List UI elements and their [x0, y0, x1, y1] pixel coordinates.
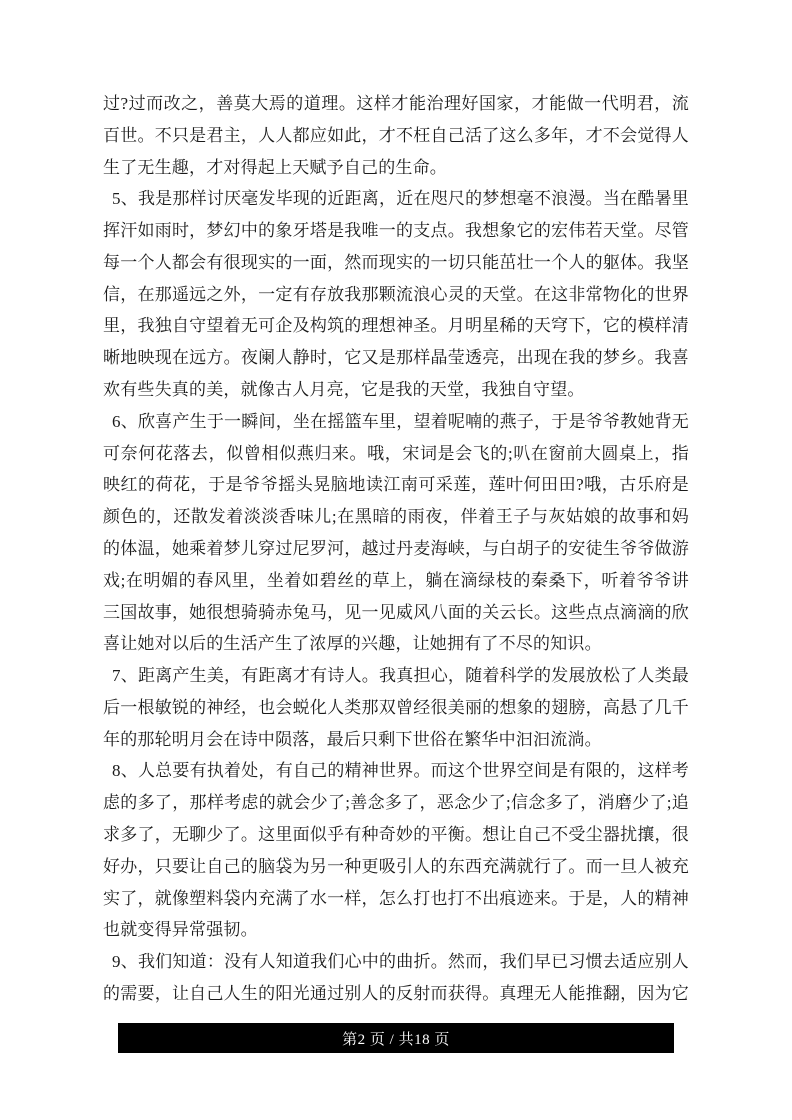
text-line: 颜色的，还散发着淡淡香味儿;在黑暗的雨夜，伴着王子与灰姑娘的故事和妈妈 — [103, 501, 689, 533]
paragraph: 9、我们知道：没有人知道我们心中的曲折。然而，我们早已习惯去适应别人的需要，让自… — [103, 946, 689, 1010]
text-line: 生了无生趣，才对得起上天赋予自己的生命。 — [103, 152, 689, 184]
text-line: 过?过而改之，善莫大焉的道理。这样才能治理好国家，才能做一代明君，流芳 — [103, 88, 689, 120]
text-line: 6、欣喜产生于一瞬间，坐在摇篮车里，望着呢喃的燕子，于是爷爷教她背无 — [103, 406, 689, 438]
text-line: 晰地映现在远方。夜阑人静时，它又是那样晶莹透亮，出现在我的梦乡。我喜 — [103, 342, 689, 374]
text-line: 可奈何花落去，似曾相似燕归来。哦，宋词是会飞的;叭在窗前大圆桌上，指着 — [103, 438, 689, 470]
footer-page-indicator: 第2 页 / 共18 页 — [342, 1028, 450, 1049]
text-line: 8、人总要有执着处，有自己的精神世界。而这个世界空间是有限的，这样考 — [103, 755, 689, 787]
text-line: 也就变得异常强韧。 — [103, 914, 689, 946]
document-text: 过?过而改之，善莫大焉的道理。这样才能治理好国家，才能做一代明君，流芳百世。不只… — [103, 88, 689, 1010]
text-line: 好办，只要让自己的脑袋为另一种更吸引人的东西充满就行了。而一旦人被充 — [103, 851, 689, 883]
text-line: 实了，就像塑料袋内充满了水一样，怎么打也打不出痕迹来。于是，人的精神 — [103, 883, 689, 915]
text-line: 里，我独自守望着无可企及构筑的理想神圣。月明星稀的天穹下，它的模样清 — [103, 310, 689, 342]
text-line: 年的那轮明月会在诗中陨落，最后只剩下世俗在繁华中汩汩流淌。 — [103, 724, 689, 756]
paragraph: 6、欣喜产生于一瞬间，坐在摇篮车里，望着呢喃的燕子，于是爷爷教她背无可奈何花落去… — [103, 406, 689, 660]
text-line: 信，在那遥远之外，一定有存放我那颗流浪心灵的天堂。在这非常物化的世界 — [103, 279, 689, 311]
text-line: 后一根敏锐的神经，也会蜕化人类那双曾经很美丽的想象的翅膀，高悬了几千 — [103, 692, 689, 724]
text-line: 挥汗如雨时，梦幻中的象牙塔是我唯一的支点。我想象它的宏伟若天堂。尽管 — [103, 215, 689, 247]
document-page: 过?过而改之，善莫大焉的道理。这样才能治理好国家，才能做一代明君，流芳百世。不只… — [0, 0, 792, 1120]
text-line: 每一个人都会有很现实的一面，然而现实的一切只能茁壮一个人的躯体。我坚 — [103, 247, 689, 279]
footer-bar: 第2 页 / 共18 页 — [118, 1023, 674, 1053]
text-line: 求多了，无聊少了。这里面似乎有种奇妙的平衡。想让自己不受尘器扰攘，很 — [103, 819, 689, 851]
text-line: 戏;在明媚的春风里，坐着如碧丝的草上，躺在滴绿枝的秦桑下，听着爷爷讲的 — [103, 565, 689, 597]
text-line: 5、我是那样讨厌毫发毕现的近距离，近在咫尺的梦想毫不浪漫。当在酷暑里 — [103, 183, 689, 215]
text-line: 映红的荷花，于是爷爷摇头晃脑地读江南可采莲，莲叶何田田?哦，古乐府是有 — [103, 469, 689, 501]
text-line: 三国故事，她很想骑骑赤兔马，见一见威风八面的关云长。这些点点滴滴的欣 — [103, 597, 689, 629]
text-line: 百世。不只是君主，人人都应如此，才不枉自己活了这么多年，才不会觉得人 — [103, 120, 689, 152]
text-line: 喜让她对以后的生活产生了浓厚的兴趣，让她拥有了不尽的知识。 — [103, 628, 689, 660]
text-line: 欢有些失真的美，就像古人月亮，它是我的天堂，我独自守望。 — [103, 374, 689, 406]
text-line: 的需要，让自己人生的阳光通过别人的反射而获得。真理无人能推翻，因为它 — [103, 978, 689, 1010]
text-line: 7、距离产生美，有距离才有诗人。我真担心，随着科学的发展放松了人类最 — [103, 660, 689, 692]
paragraph: 5、我是那样讨厌毫发毕现的近距离，近在咫尺的梦想毫不浪漫。当在酷暑里挥汗如雨时，… — [103, 183, 689, 405]
paragraph: 8、人总要有执着处，有自己的精神世界。而这个世界空间是有限的，这样考虑的多了，那… — [103, 755, 689, 946]
text-line: 虑的多了，那样考虑的就会少了;善念多了，恶念少了;信念多了，消磨少了;追 — [103, 787, 689, 819]
paragraph: 7、距离产生美，有距离才有诗人。我真担心，随着科学的发展放松了人类最后一根敏锐的… — [103, 660, 689, 755]
text-line: 9、我们知道：没有人知道我们心中的曲折。然而，我们早已习惯去适应别人 — [103, 946, 689, 978]
text-line: 的体温，她乘着梦儿穿过尼罗河，越过丹麦海峡，与白胡子的安徒生爷爷做游 — [103, 533, 689, 565]
paragraph: 过?过而改之，善莫大焉的道理。这样才能治理好国家，才能做一代明君，流芳百世。不只… — [103, 88, 689, 183]
